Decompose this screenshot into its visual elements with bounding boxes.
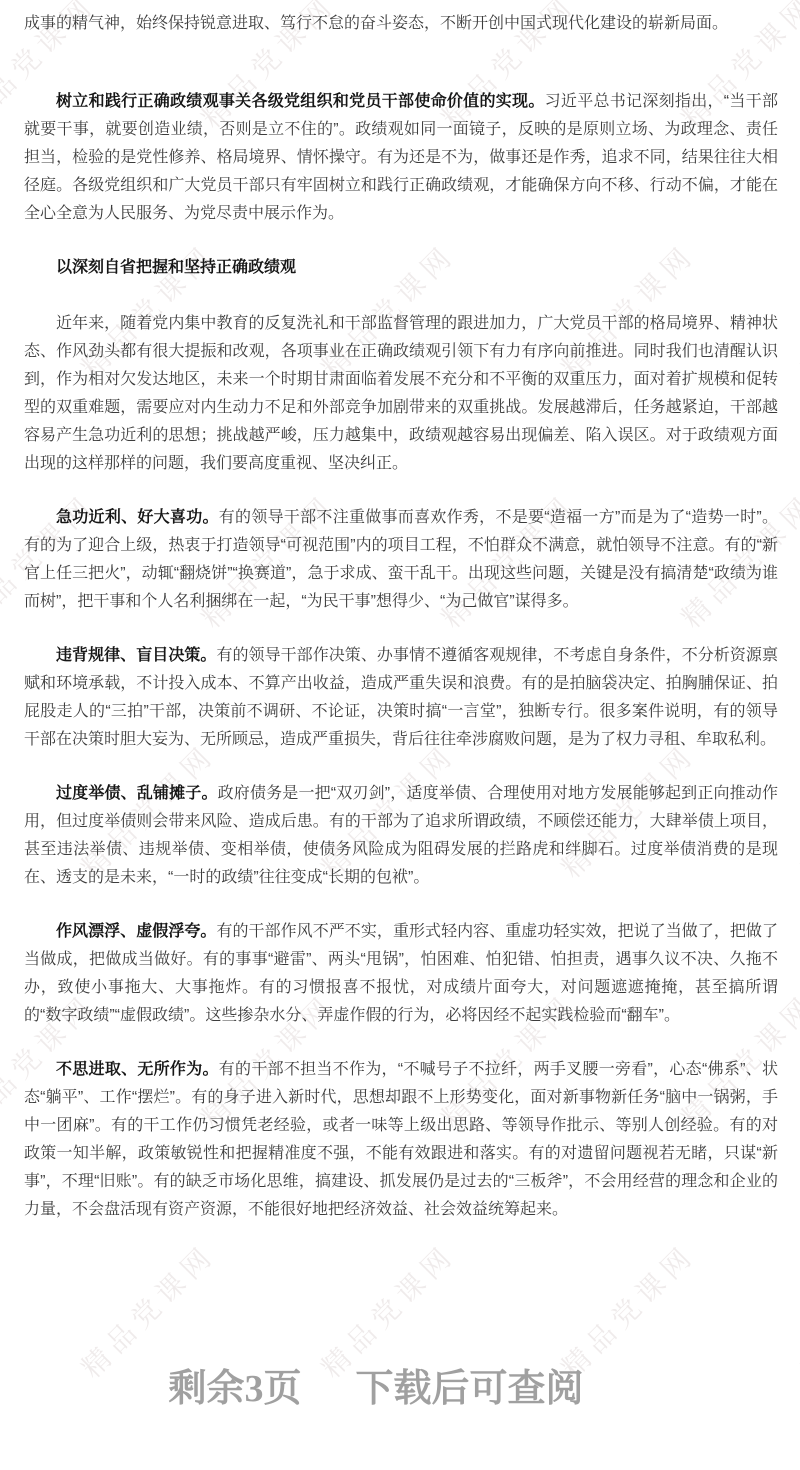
watermark-text: 精品党课网	[311, 1234, 463, 1386]
paragraph-text: 有的干部不担当不作为，“不喊号子不拉纤，两手叉腰一旁看”，心态“佛系”、状态“躺…	[24, 1061, 778, 1218]
paragraph: 过度举债、乱铺摊子。政府债务是一把“双刃剑”，适度举债、合理使用对地方发展能够起…	[24, 780, 778, 892]
paragraph: 不思进取、无所作为。有的干部不担当不作为，“不喊号子不拉纤，两手叉腰一旁看”，心…	[24, 1056, 778, 1224]
paragraph-lead: 作风漂浮、虚假浮夸。	[56, 923, 216, 940]
paragraph-lead: 不思进取、无所作为。	[56, 1061, 219, 1078]
paragraph-lead: 过度举债、乱铺摊子。	[56, 785, 218, 802]
paragraph: 成事的精气神，始终保持锐意进取、笃行不怠的奋斗姿态，不断开创中国式现代化建设的崭…	[24, 10, 778, 38]
paragraph: 作风漂浮、虚假浮夸。有的干部作风不严不实，重形式轻内容、重虚功轻实效，把说了当做…	[24, 918, 778, 1030]
paragraph: 近年来，随着党内集中教育的反复洗礼和干部监督管理的跟进加力，广大党员干部的格局境…	[24, 310, 778, 478]
paragraph: 急功近利、好大喜功。有的领导干部不注重做事而喜欢作秀，不是要“造福一方”而是为了…	[24, 504, 778, 616]
paragraph: 树立和践行正确政绩观事关各级党组织和党员干部使命价值的实现。习近平总书记深刻指出…	[24, 88, 778, 228]
paragraph-text: 成事的精气神，始终保持锐意进取、笃行不怠的奋斗姿态，不断开创中国式现代化建设的崭…	[24, 15, 728, 32]
paragraph-text: 近年来，随着党内集中教育的反复洗礼和干部监督管理的跟进加力，广大党员干部的格局境…	[24, 315, 778, 472]
pages-remaining-notice: 剩余3页 下载后可查阅	[0, 1366, 776, 1412]
remaining-pages-label: 剩余3页	[168, 1366, 301, 1412]
document-body: 成事的精气神，始终保持锐意进取、笃行不怠的奋斗姿态，不断开创中国式现代化建设的崭…	[0, 0, 800, 1224]
paragraph: 违背规律、盲目决策。有的领导干部作决策、办事情不遵循客观规律，不考虑自身条件，不…	[24, 642, 778, 754]
paragraph-text: 习近平总书记深刻指出，“当干部就要干事，就要创造业绩，否则是立不住的”。政绩观如…	[24, 93, 778, 222]
paragraph-lead: 违背规律、盲目决策。	[56, 647, 216, 664]
section-heading: 以深刻自省把握和坚持正确政绩观	[24, 254, 778, 282]
paragraph-lead: 急功近利、好大喜功。	[56, 509, 219, 526]
document-page: { "colors": { "body_text": "#3c3c3c", "e…	[0, 0, 800, 1470]
watermark-text: 精品党课网	[551, 1234, 703, 1386]
watermark-text: 精品党课网	[791, 1234, 800, 1386]
paragraph-lead: 树立和践行正确政绩观事关各级党组织和党员干部使命价值的实现。	[56, 93, 545, 110]
watermark-text: 精品党课网	[71, 1234, 223, 1386]
download-hint-label: 下载后可查阅	[356, 1366, 584, 1412]
